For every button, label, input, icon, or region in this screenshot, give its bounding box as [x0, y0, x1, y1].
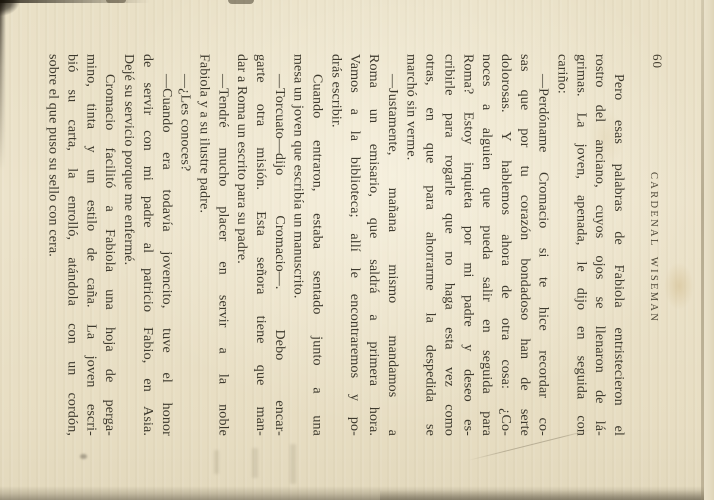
text-line: sobre el que puso su sello con cera.	[43, 54, 62, 436]
text-line: —¿Les conoces?	[175, 54, 194, 436]
text-line: Dejé su servicio porque me enfermé.	[118, 54, 137, 436]
text-line: —Tendré mucho placer en servir a la nobl…	[212, 54, 231, 436]
text-line: garte otra misión. Esta señora tiene que…	[250, 54, 269, 436]
text-line: mino, tinta y un estilo de caña. La jove…	[81, 54, 100, 436]
text-line: noces a alguien que pueda salir en segui…	[476, 54, 495, 436]
text-line: dar a Roma un escrito para su padre.	[231, 54, 250, 436]
running-head-title: CARDENAL WISEMAN	[648, 172, 659, 322]
scan-left-edge-shadow	[0, 0, 6, 170]
scan-top-edge-shadow	[0, 0, 150, 3]
text-line: Fabiola y a su ilustre padre.	[194, 54, 213, 436]
text-line: Vamos a la biblioteca; allí le encontrar…	[344, 54, 363, 436]
text-line: de servir con mi padre al patricio Fabio…	[137, 54, 156, 436]
text-line: —Perdóname Cromacio si te hice recordar …	[533, 54, 552, 436]
text-line: —Torcuato—dijo Cromacio—. Debo encar-	[269, 54, 288, 436]
text-line: dolorosas. Y hablemos ahora de otra cosa…	[495, 54, 514, 436]
text-line: Pero esas palabras de Fabiola entristeci…	[608, 54, 627, 436]
ink-smudge	[80, 454, 87, 459]
text-line: rostro del anciano, cuyos ojos se llenar…	[589, 54, 608, 436]
text-line: mesa un joven que escribía un manuscrito…	[288, 54, 307, 436]
ink-bleedthrough	[252, 448, 258, 478]
text-line: cariño:	[552, 54, 571, 436]
page-edge-zone	[704, 0, 714, 500]
text-line: —Justamente, mañana mismo mandamos a	[382, 54, 401, 436]
text-line: cribirle para rogarle que no haga esta v…	[439, 54, 458, 436]
text-line: —Cuando era todavía jovencito, tuve el h…	[156, 54, 175, 436]
page-number: 60	[649, 54, 665, 94]
scan-top-edge-mark	[228, 0, 254, 4]
text-line: marchó sin verme.	[401, 54, 420, 436]
text-line: Roma? Estoy inquieta por mi padre y dese…	[457, 54, 476, 436]
scanned-book-page: 60 CARDENAL WISEMAN Pero esas palabras d…	[0, 0, 714, 500]
text-line: Roma un emisario, que saldrá a primera h…	[363, 54, 382, 436]
text-line: otras, en que para ahorrarme la despedid…	[420, 54, 439, 436]
text-block: Pero esas palabras de Fabiola entristeci…	[43, 54, 627, 436]
text-line: Cromacio facilitó a Fabiola una hoja de …	[99, 54, 118, 436]
text-line: grimas. La joven, apenada, le dijo en se…	[570, 54, 589, 436]
ink-bleedthrough	[214, 450, 219, 474]
scan-bottom-edge-shadow	[380, 490, 714, 500]
paper-stain	[664, 262, 694, 310]
text-line: Cuando entraron, estaba sentado junto a …	[307, 54, 326, 436]
text-line: sas que por tu corazón bondadoso han de …	[514, 54, 533, 436]
ink-bleedthrough	[290, 444, 296, 484]
text-line: bió su carta, la enrolló, atándola con u…	[62, 54, 81, 436]
text-line: drás escribir.	[326, 54, 345, 436]
scan-top-edge-mark	[106, 0, 126, 3]
